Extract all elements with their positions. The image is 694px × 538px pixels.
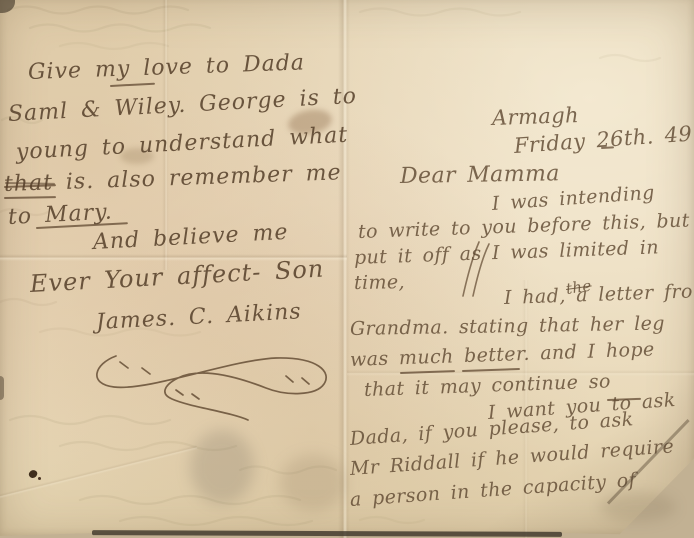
stain-bottom-center: [190, 430, 254, 504]
edge-mark-left: [0, 376, 4, 400]
ink-blot-satellite: [38, 477, 41, 480]
signature-flourish: [80, 338, 350, 428]
stain-bottom-center-2: [280, 455, 346, 511]
letter-photograph: Give my love to Dada Saml & Wiley. Georg…: [0, 0, 694, 538]
place-line: Armagh: [492, 103, 580, 130]
struck-word-the: the: [565, 277, 593, 298]
body-line-4: time,: [354, 271, 405, 294]
salutation-line: Dear Mamma: [400, 161, 560, 189]
